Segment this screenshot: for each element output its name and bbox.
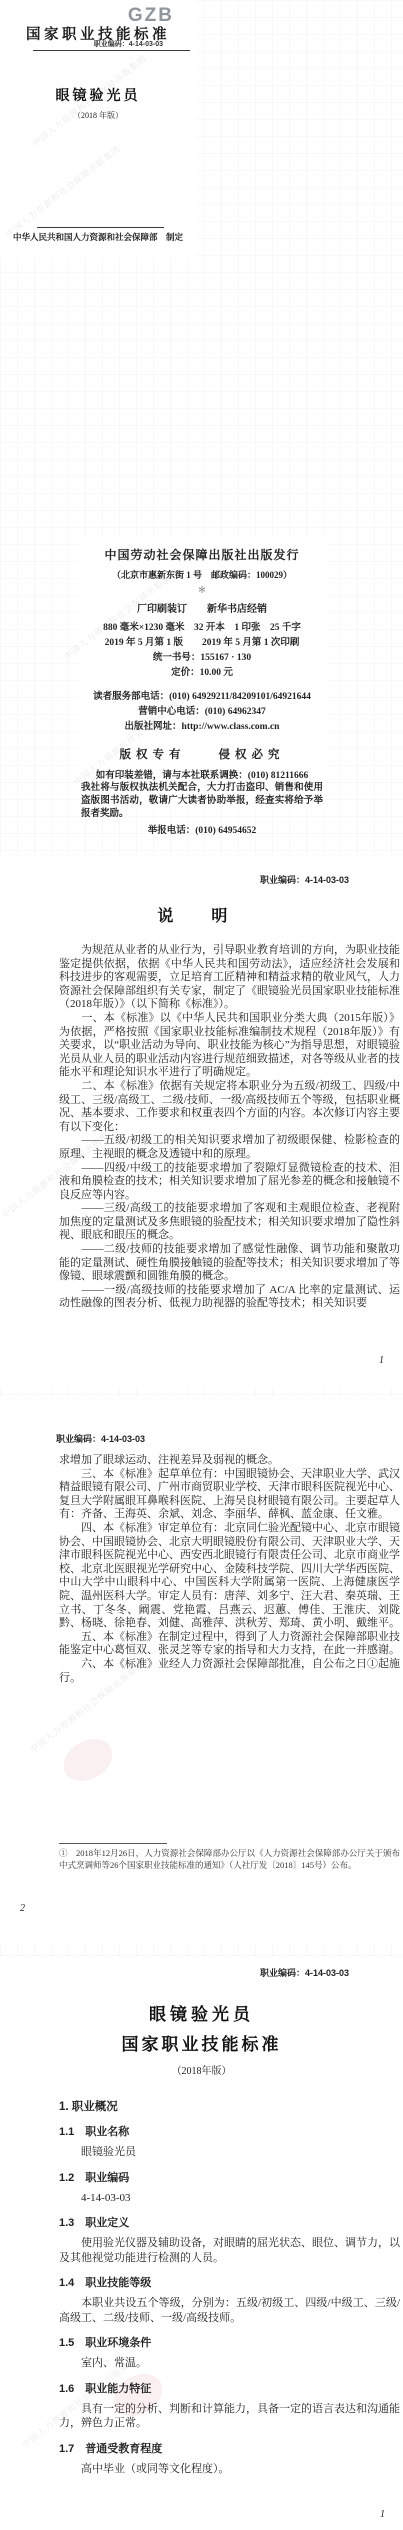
section-heading: 1.2 职业编码 [59,2169,400,2185]
watermark: 中国人力资源和社会保障出版集团 [3,142,123,239]
explanation-title: 说 明 [0,903,387,926]
cover-page: GZB 国家职业技能标准 职业编码：4-14-03-03 中国人力资源和社会保障… [0,0,196,258]
issuer-line: 中华人民共和国人力资源和社会保障部 制定 [0,231,196,243]
header-occupation-code: 职业编码：4-14-03-03 [56,1432,145,1445]
paragraph: 二、本《标准》依据有关规定将本职业分为五级/初级工、四级/中级工、三级/高级工、… [59,1080,400,1134]
page-number: 1 [379,1355,384,1366]
section-text: 眼镜验光员 [59,2145,400,2160]
paragraph: 为规范从业者的从业行为，引导职业教育培训的方向，为职业技能鉴定提供依据，依据《中… [59,944,400,1012]
explanation-body: 求增加了眼球运动、注视差异及弱视的概念。 三、本《标准》起草单位有：中国眼镜协会… [59,1454,400,1685]
paragraph: 统一书号：155167 · 130 [78,651,326,666]
edition-label: （2018 年版） [0,110,196,121]
page-number: 1 [380,2509,385,2520]
print-spec-lines: 880 毫米×1230 毫米 32 开本 1 印张 25 千字2019 年 5 … [78,621,326,681]
section-heading: 1.6 职业能力特征 [59,2380,400,2396]
printer-line: 厂印刷装订 新华书店经销 [78,600,326,615]
divider-rule [33,50,190,51]
section-text: 使用验光仪器及辅助设备，对眼睛的屈光状态、眼位、调节力，以及其他视觉功能进行检测… [59,2236,400,2265]
paragraph: 六、本《标准》业经人力资源社会保障部批准，自公布之日①起施行。 [59,1658,400,1685]
occupation-code: 职业编码：4-14-03-03 [94,39,163,49]
section-heading: 1.3 职业定义 [59,2214,400,2230]
paragraph: 定价：10.00 元 [78,666,326,681]
header-occupation-code: 职业编码：4-14-03-03 [260,1966,349,1979]
section-text: 高中毕业（或同等文化程度）。 [59,2462,400,2477]
paragraph: 营销中心电话：(010) 64962347 [78,705,326,720]
paragraph: 2019 年 5 月第 1 版 2019 年 5 月第 1 次印刷 [78,636,326,651]
footnote-text: ① 2018年12月26日，人力资源社会保障部办公厅以《人力资源社会保障部办公厅… [59,1848,400,1871]
paragraph: ——四级/中级工的技能要求增加了裂隙灯显微镜检查的技术、泪液和角膜检查的技术；相… [59,1162,400,1203]
occupation-title: 眼镜验光员 [0,85,196,105]
header-occupation-code: 职业编码：4-14-03-03 [260,873,349,886]
paragraph: 四、本《标准》审定单位有：北京同仁验光配镜中心、北京市眼镜协会、中国眼镜协会、北… [59,1522,400,1631]
paragraph: ——一级/高级技师的技能要求增加了 AC/A 比率的定量测试、运动性融像的图表分… [59,1284,400,1311]
standard-title-series: 国家职业技能标准 [0,2030,403,2055]
section-text: 4-14-03-03 [59,2191,400,2206]
section-heading: 1.4 职业技能等级 [59,2274,400,2290]
section-text: 具有一定的分析、判断和计算能力，具备一定的语言表达和沟通能力，辨色力正常。 [59,2402,400,2431]
footnote-rule [59,1843,167,1844]
report-phone-line: 举报电话：(010) 64954652 [78,822,326,836]
paragraph: 五、本《标准》在制定过程中，得到了人力资源社会保障部职业技能鉴定中心葛恒双、张灵… [59,1631,400,1658]
paragraph: ——二级/技师的技能要求增加了感觉性融像、调节功能和聚散功能的定量测试、硬性角膜… [59,1243,400,1284]
section-text: 室内、常温。 [59,2356,400,2371]
paragraph: 三、本《标准》起草单位有：中国眼镜协会、天津职业大学、武汉精益眼镜有限公司、广州… [59,1468,400,1522]
paragraph: ——三级/高级工的技能要求增加了客观和主观眼位检查、老视附加焦度的定量测试及多焦… [59,1202,400,1243]
section-heading: 1.7 普通受教育程度 [59,2440,400,2456]
section-text: 本职业共设五个等级，分别为：五级/初级工、四级/中级工、三级/高级工、二级/技师… [59,2296,400,2325]
standard-title-occupation: 眼镜验光员 [0,2000,403,2025]
page-number: 2 [20,1903,25,1914]
separator-star: ＊ [78,583,326,596]
explanation-body: 为规范从业者的从业行为，引导职业教育培训的方向，为职业技能鉴定提供依据，依据《中… [59,944,400,1311]
divider-rule [37,227,164,228]
contact-lines: 读者服务部电话：(010) 64929211/84209101/64921644… [78,690,326,735]
stamp-watermark [56,1731,120,1790]
copyright-notice-title: 版权专有 侵权必究 [78,746,326,762]
document-scroll-view: GZB 国家职业技能标准 职业编码：4-14-03-03 中国人力资源和社会保障… [0,0,403,2530]
paragraph: ——五级/初级工的相关知识要求增加了初级眼保健、检影检查的原理、主视眼的概念及透… [59,1134,400,1161]
paragraph: 一、本《标准》以《中华人民共和国职业分类大典（2015年版）》为依据，严格按照《… [59,1012,400,1080]
standard-first-page: 职业编码：4-14-03-03 眼镜验光员 国家职业技能标准 （2018年版） … [0,1956,403,2530]
imprint-page: 中国人力资源和社会保障出版集团 中国人力资源和社会保障出版集团 中国劳动社会保障… [78,538,326,810]
explanation-page-2: 职业编码：4-14-03-03 中国人力资源和社会保障出版集团 求增加了眼球运动… [0,1396,403,1944]
paragraph: 求增加了眼球运动、注视差异及弱视的概念。 [59,1454,400,1468]
paragraph: 出版社网址：http://www.class.com.cn [78,720,326,735]
anti-piracy-paragraph: 我社将与版权执法机关配合，大力打击盗印、销售和使用盗版图书活动，敬请广大读者协助… [81,782,323,821]
explanation-page-1: 职业编码：4-14-03-03 说 明 中国人力资源和社会保障出版集团 为规范从… [0,856,403,1388]
standard-edition: （2018年版） [0,2062,403,2077]
section-heading: 1.1 职业名称 [59,2123,400,2139]
standard-sections: 1. 职业概况1.1 职业名称 眼镜验光员1.2 职业编码 4-14-03-03… [59,2096,400,2478]
publisher-address: （北京市惠新东街 1 号 邮政编码：100029） [78,568,326,581]
paragraph: 880 毫米×1230 毫米 32 开本 1 印张 25 千字 [78,621,326,636]
paragraph: 读者服务部电话：(010) 64929211/84209101/64921644 [78,690,326,705]
section-heading: 1. 职业概况 [59,2098,400,2114]
exchange-line: 如有印装差错，请与本社联系调换：(010) 81211666 [78,767,326,781]
publisher-line: 中国劳动社会保障出版社出版发行 [78,546,326,563]
section-heading: 1.5 职业环境条件 [59,2334,400,2350]
